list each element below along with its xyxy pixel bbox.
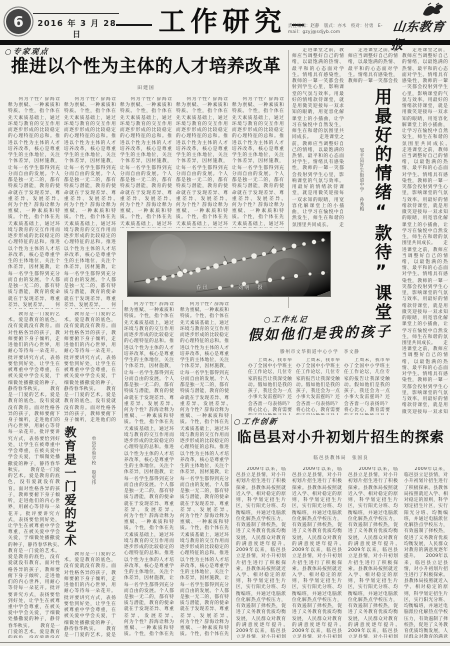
byline-diary: 滕州市文华街道中心小学 李文静 <box>246 349 394 355</box>
body-column: 何为个性？辞海诠释为禀赋、一种素质和特质。个性，指个体在先天素质基础上，通过环境… <box>8 97 60 309</box>
photo-credit: 刘明 摄 <box>238 284 264 291</box>
body-column: 何为个性？辞海诠释为禀赋、一种素质和特质。个性，指个体在先天素质基础上，通过环境… <box>180 302 229 638</box>
date: 2016 年 3 月 28 日 <box>35 18 119 40</box>
body-column: 走进课堂之前，教师应当调整好自己的情绪，以最饱满的热情、最平和的心态面对学生。情… <box>402 48 448 414</box>
body-column: 何为个性？辞海诠释为禀赋、一种素质和特质。个性，指个体在先天素质基础上，通过环境… <box>120 97 172 228</box>
body-column: 上周末，我市举办了全国中小学班主任工作论坛，几位专家的报告让我深受触动。假如他们… <box>344 358 390 415</box>
column-rule <box>122 300 123 418</box>
page-number: 6 <box>13 13 23 31</box>
byline-mood: 邹平县好生街道中学 孙秀梅 <box>358 148 364 248</box>
body-column: 何为个性？辞海诠释为禀赋、一种素质和特质。个性，指个体在先天素质基础上，通过环境… <box>124 302 174 638</box>
editor-info: 责任编辑：赵静 版式：亦木 校对：付勇 E-mail：gzyj@sdjyb.co… <box>288 23 392 35</box>
headline-innovation: 临邑县对小升初划片招生的探索 <box>232 427 450 447</box>
body-column: 教育是一门爱的艺术。爱是教育的底色，没有爱就没有教育。面对性格各异的孩子，教师要… <box>64 552 116 638</box>
headline-expert: 推进以个性为主体的人才培养改革 <box>0 53 292 78</box>
byline-love: 单县实验学校 殷宪伟 <box>90 436 96 522</box>
headline-love-vertical: 教育是一门爱的艺术 <box>62 426 79 548</box>
photo-caption: 春讯 <box>196 284 209 291</box>
title-dash-left <box>116 24 152 26</box>
body-column: 何为个性？辞海诠释为禀赋、一种素质和特质。个性，指个体在先天素质基础上，通过环境… <box>232 97 284 228</box>
column-rule <box>231 414 232 640</box>
headline-mood-vertical: 用最好的情绪“款待”课堂 <box>369 88 394 340</box>
byline-expert: 田建国 <box>0 84 292 91</box>
body-column: 何为个性？辞海诠释为禀赋、一种素质和特质。个性，指个体在先天素质基础上，通过环境… <box>64 97 116 309</box>
body-column: 2009年以来，临邑县立足县情，对小升初划片招生进行了积极探索。县教体局按照就近… <box>236 467 286 638</box>
headline-diary: 假如他们是我的孩子 <box>246 321 394 345</box>
section-title: 工作研究 <box>150 6 295 40</box>
body-column: 上周末，我市举办了全国中小学班主任工作论坛，几位专家的报告让我深受触动。假如他们… <box>248 358 292 415</box>
body-column: 何为个性？辞海诠释为禀赋、一种素质和特质。个性，指个体在先天素质基础上，通过环境… <box>176 97 228 228</box>
body-column: 2009年以来，临邑县立足县情，对小升初划片招生进行了积极探索。县教体局按照就近… <box>404 467 448 638</box>
newspaper-page: 6 2016 年 3 月 28 日 工作研究 责任编辑：赵静 版式：亦木 校对：… <box>0 0 450 646</box>
body-column: 上周末，我市举办了全国中小学班主任工作论坛，几位专家的报告让我深受触动。假如他们… <box>296 358 340 415</box>
header-thick-rule <box>0 40 450 45</box>
body-column: 教育是一门爱的艺术。爱是教育的底色，没有爱就没有教育。面对性格各异的孩子，教师要… <box>64 312 116 422</box>
body-column: 2009年以来，临邑县立足县情，对小升初划片招生进行了积极探索。县教体局按照就近… <box>292 467 342 638</box>
header-rule-top <box>33 13 119 14</box>
page-number-badge: 6 <box>6 9 31 34</box>
body-column: 2009年以来，临邑县立足县情，对小升初划片招生进行了积极探索。县教体局按照就近… <box>348 467 398 638</box>
byline-innovation: 临邑县教体局 张国良 <box>232 455 450 461</box>
blossom-photo: 春讯 刘明 摄 <box>127 231 331 297</box>
masthead-logo-icon <box>420 2 446 17</box>
body-column: 教育是一门爱的艺术。爱是教育的底色，没有爱就没有教育。面对性格各异的孩子，教师要… <box>8 312 60 638</box>
section-marker-innovation: ○工作创新 <box>233 416 279 427</box>
body-column: 走进课堂之前，教师应当调整好自己的情绪，以最饱满的热情、最平和的心态面对学生。情… <box>348 48 398 84</box>
page-bottom-rule <box>0 642 450 643</box>
body-column: 走进课堂之前，教师应当调整好自己的情绪，以最饱满的热情、最平和的心态面对学生。情… <box>292 48 344 228</box>
